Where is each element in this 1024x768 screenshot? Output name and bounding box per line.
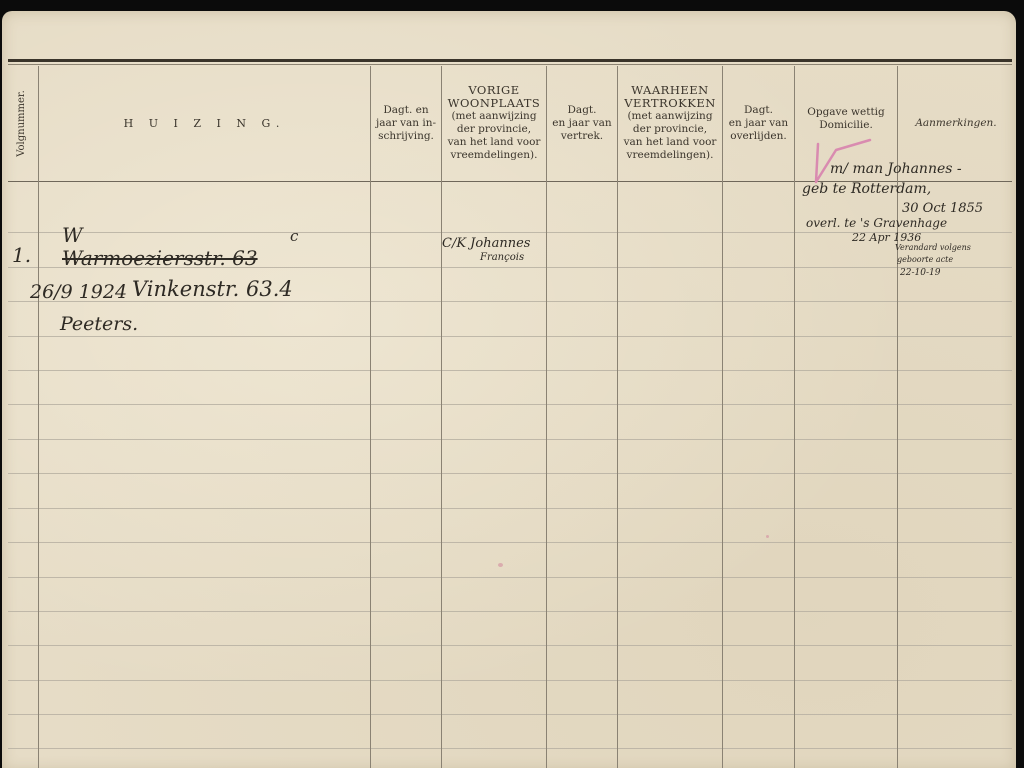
- annotation-line3: 30 Oct 1855: [902, 201, 983, 216]
- move-date: 26/9 1924: [30, 281, 127, 303]
- address-prefix: W: [62, 223, 83, 247]
- register-card: Volgnummer. H U I Z I N G. Dagt. en jaar…: [2, 11, 1016, 768]
- previous-residence-line1: C/K Johannes: [442, 236, 530, 251]
- header-line: WOONPLAATS: [448, 97, 541, 110]
- pink-stain: [766, 535, 769, 538]
- header-line: VERTROKKEN: [624, 97, 716, 110]
- pink-stain: [498, 563, 503, 567]
- annotation-line1: m/ man Johannes -: [830, 161, 962, 177]
- header-overlijden: Dagt. en jaar van overlijden.: [723, 66, 794, 180]
- header-huizing-label: H U I Z I N G.: [124, 117, 286, 130]
- top-thin-rule: [8, 64, 1012, 65]
- header-line: en jaar van: [729, 117, 788, 130]
- header-line: (met aanwijzing: [451, 110, 536, 123]
- annotation-line6: Verandard volgens: [895, 243, 971, 252]
- header-vertrek: Dagt. en jaar van vertrek.: [547, 66, 617, 180]
- header-line: Opgave wettig: [807, 106, 885, 119]
- new-address: Vinkenstr. 63.4: [132, 277, 293, 301]
- entry-number: 1.: [12, 243, 31, 267]
- header-waarheen-vertrokken: WAARHEEN VERTROKKEN (met aanwijzing der …: [618, 66, 722, 180]
- ruled-line: [8, 645, 1012, 646]
- header-inschrijving: Dagt. en jaar van in- schrijving.: [371, 66, 441, 180]
- header-huizing: H U I Z I N G.: [39, 66, 370, 180]
- previous-residence-line2: François: [480, 252, 524, 263]
- header-line: Dagt. en: [383, 104, 428, 117]
- header-line: der provincie,: [633, 123, 707, 136]
- ruled-line: [8, 404, 1012, 405]
- ruled-line: [8, 680, 1012, 681]
- header-line: van het land voor: [624, 136, 717, 149]
- header-line: Domicilie.: [819, 119, 873, 132]
- ruled-line: [8, 748, 1012, 749]
- ruled-line: [8, 714, 1012, 715]
- header-line: van het land voor: [448, 136, 541, 149]
- annotation-line4: overl. te 's Gravenhage: [806, 216, 947, 230]
- header-line: Dagt.: [744, 104, 773, 117]
- address-superscript: c: [290, 227, 298, 245]
- header-line: vreemdelingen).: [451, 149, 538, 162]
- header-line: Dagt.: [568, 104, 597, 117]
- ruled-line: [8, 473, 1012, 474]
- header-volgnummer: Volgnummer.: [6, 71, 36, 176]
- header-line: en jaar van: [552, 117, 611, 130]
- header-line: overlijden.: [730, 130, 787, 143]
- ruled-line: [8, 577, 1012, 578]
- header-vorige-woonplaats: VORIGE WOONPLAATS (met aanwijzing der pr…: [442, 66, 546, 180]
- ruled-line: [8, 301, 1012, 302]
- header-line: vreemdelingen).: [627, 149, 714, 162]
- ruled-line: [8, 370, 1012, 371]
- ruled-line: [8, 508, 1012, 509]
- header-line: jaar van in-: [376, 117, 436, 130]
- annotation-line2: geb te Rotterdam,: [802, 181, 931, 197]
- annotation-line7: geboorte acte: [897, 255, 953, 264]
- header-aanmerkingen-label: Aanmerkingen.: [915, 117, 996, 130]
- annotation-line8: 22-10-19: [900, 268, 940, 278]
- ruled-line: [8, 611, 1012, 612]
- header-line: der provincie,: [457, 123, 531, 136]
- ruled-line: [8, 439, 1012, 440]
- ruled-line: [8, 542, 1012, 543]
- ruled-line: [8, 336, 1012, 337]
- header-line: vertrek.: [561, 130, 603, 143]
- header-volgnummer-label: Volgnummer.: [16, 90, 27, 157]
- header-line: schrijving.: [378, 130, 434, 143]
- address-struck: Warmoeziersstr. 63: [62, 246, 258, 270]
- top-double-rule: [8, 59, 1012, 62]
- occupant: Peeters.: [60, 313, 138, 335]
- header-line: (met aanwijzing: [627, 110, 712, 123]
